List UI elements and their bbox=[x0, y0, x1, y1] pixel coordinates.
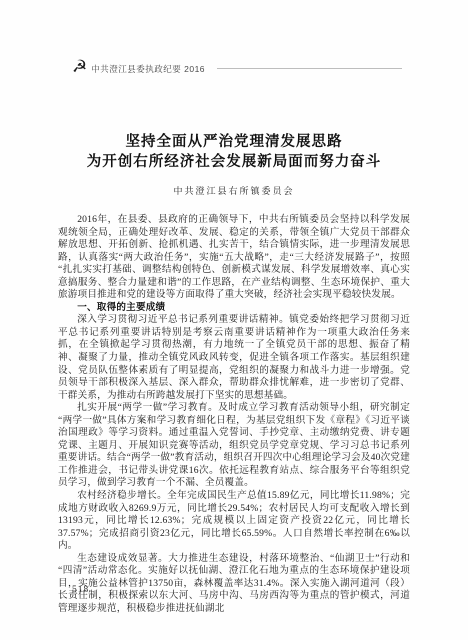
article-body: 2016年，在县委、县政府的正确领导下，中共右所镇委员会坚持以科学发展观统领全局… bbox=[58, 214, 410, 616]
paragraph: 扎实开展“两学一做”学习教育。及时成立学习教育活动领导小组，研究制定“两学一做”… bbox=[58, 402, 410, 490]
paragraph: 生态建设成效显著。大力推进生态建设，村落环境整治、“仙湖卫士”行动和“四清”活动… bbox=[58, 553, 410, 616]
article-title-line1: 坚持全面从严治党理清发展思路 bbox=[58, 132, 410, 152]
header-rule bbox=[217, 68, 402, 69]
series-title: 中共澄江县委执政纪要 2016 bbox=[91, 63, 205, 75]
document-page: ☭ 中共澄江县委执政纪要 2016 坚持全面从严治党理清发展思路 为开创右所经济… bbox=[0, 0, 468, 640]
paragraph: 农村经济稳步增长。全年完成国民生产总值15.89亿元，同比增长11.98%；完成… bbox=[58, 490, 410, 553]
page-number: 518 bbox=[72, 585, 89, 595]
paragraph-intro: 2016年，在县委、县政府的正确领导下，中共右所镇委员会坚持以科学发展观统领全局… bbox=[58, 214, 410, 302]
article-author: 中共澄江县右所镇委员会 bbox=[58, 184, 410, 197]
running-header: ☭ 中共澄江县委执政纪要 2016 bbox=[72, 60, 402, 77]
article: 坚持全面从严治党理清发展思路 为开创右所经济社会发展新局面而努力奋斗 中共澄江县… bbox=[58, 132, 410, 616]
party-emblem-icon: ☭ bbox=[72, 59, 87, 76]
article-title-line2: 为开创右所经济社会发展新局面而努力奋斗 bbox=[58, 152, 410, 172]
article-title: 坚持全面从严治党理清发展思路 为开创右所经济社会发展新局面而努力奋斗 bbox=[58, 132, 410, 172]
section-heading: 一、取得的主要成绩 bbox=[58, 302, 410, 315]
paragraph: 深入学习贯彻习近平总书记系列重要讲话精神。镇党委始终把学习贯彻习近平总书记系列重… bbox=[58, 314, 410, 402]
